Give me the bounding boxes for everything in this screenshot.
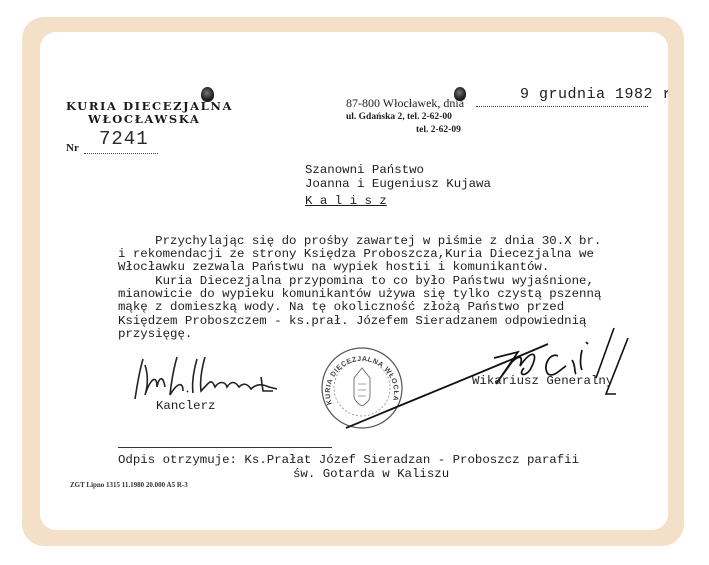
recipient-names: Joanna i Eugeniusz Kujawa <box>305 178 491 191</box>
date-underline <box>476 106 648 107</box>
recipient-salutation: Szanowni Państwo <box>305 164 424 177</box>
body-line-8: przysięgę. <box>118 328 192 341</box>
vicar-general-title: Wikariusz Generalny <box>472 375 613 388</box>
chancellor-title: Kanclerz <box>156 400 216 413</box>
nr-label: Nr <box>66 142 79 154</box>
chancellor-signature <box>135 347 295 407</box>
nr-underline <box>84 153 158 154</box>
print-mark: ZGT Lipno 1315 11.1980 20.000 A5 R-3 <box>70 481 188 489</box>
org-name-line2: WŁOCŁAWSKA <box>88 112 200 126</box>
copy-note-line2: św. Gotarda w Kaliszu <box>293 468 449 481</box>
address-line-phone: tel. 2-62-09 <box>416 125 461 135</box>
letter-date: 9 grudnia 1982 r. <box>520 86 668 103</box>
copy-note-line1: Odpis otrzymuje: Ks.Prałat Józef Sieradz… <box>118 454 579 467</box>
ink-blot-mark <box>201 87 214 102</box>
body-line-3: Włocławku zezwala Państwu na wypiek host… <box>118 261 549 274</box>
letter-document: KURIA DIECEZJALNA WŁOCŁAWSKA Nr 7241 87-… <box>40 32 668 530</box>
footer-separator <box>118 447 332 448</box>
address-line-city: 87-800 Włocławek, dnia <box>346 96 464 111</box>
recipient-city: K a l i s z <box>305 195 387 208</box>
body-line-6: mąkę z domieszką wody. Na tę okoliczność… <box>118 301 564 314</box>
address-line-street: ul. Gdańska 2, tel. 2-62-00 <box>346 112 452 122</box>
reference-number: 7241 <box>99 128 149 150</box>
ink-blot-mark-2 <box>454 87 466 101</box>
